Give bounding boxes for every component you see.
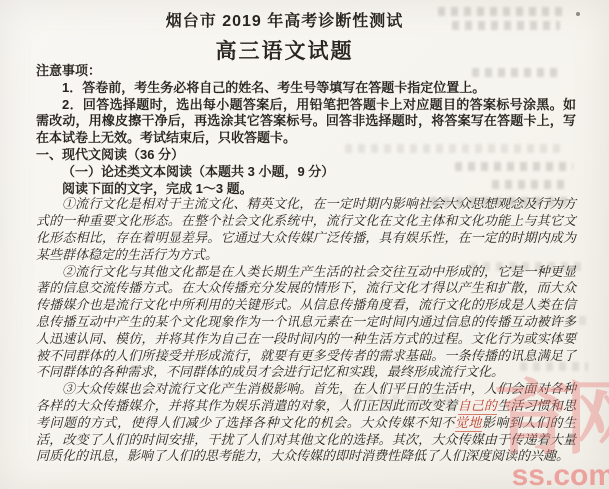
scanned-exam-page: 烟台市 2019 年高考诊断性测试 高三语文试题 注意事项： 1．答卷前，考生务…: [0, 0, 609, 489]
passage-paragraph-2: ②流行文化与其他文化都是在人类长期生产生活的社会交往互动中形成的，它是一种更显著…: [36, 265, 576, 383]
watermark-overlapped-text: 觉地: [455, 416, 482, 432]
notice-item-2: 2．回答选择题时，选出每小题答案后，用铅笔把答题卡上对应题目的答案标号涂黑。如需…: [36, 97, 576, 147]
passage-paragraph-1: ①流行文化是相对于主流文化、精英文化，在一定时期内影响社会大众思想观念及行为方式…: [36, 197, 576, 264]
site-watermark-url: ss.com: [512, 461, 609, 489]
exam-subtitle: 高三语文试题: [0, 35, 569, 65]
section-subheading: （一）论述类文本阅读（本题共 3 小题，9 分）: [36, 164, 576, 181]
reading-instruction: 阅读下面的文字，完成 1～3 题。: [36, 181, 576, 198]
scan-speck: [576, 12, 580, 16]
notice-item-1: 1．答卷前，考生务必将自己的姓名、考生号等填写在答题卡指定位置上。: [36, 80, 576, 97]
exam-title: 烟台市 2019 年高考诊断性测试: [0, 8, 569, 31]
site-watermark-glyphs: 育网: [493, 379, 609, 459]
watermark-overlapped-text: 自己的: [458, 399, 498, 415]
exam-header: 烟台市 2019 年高考诊断性测试 高三语文试题: [0, 8, 569, 65]
notice-heading: 注意事项：: [36, 63, 576, 80]
section-heading: 一、现代文阅读（36 分）: [36, 147, 576, 164]
